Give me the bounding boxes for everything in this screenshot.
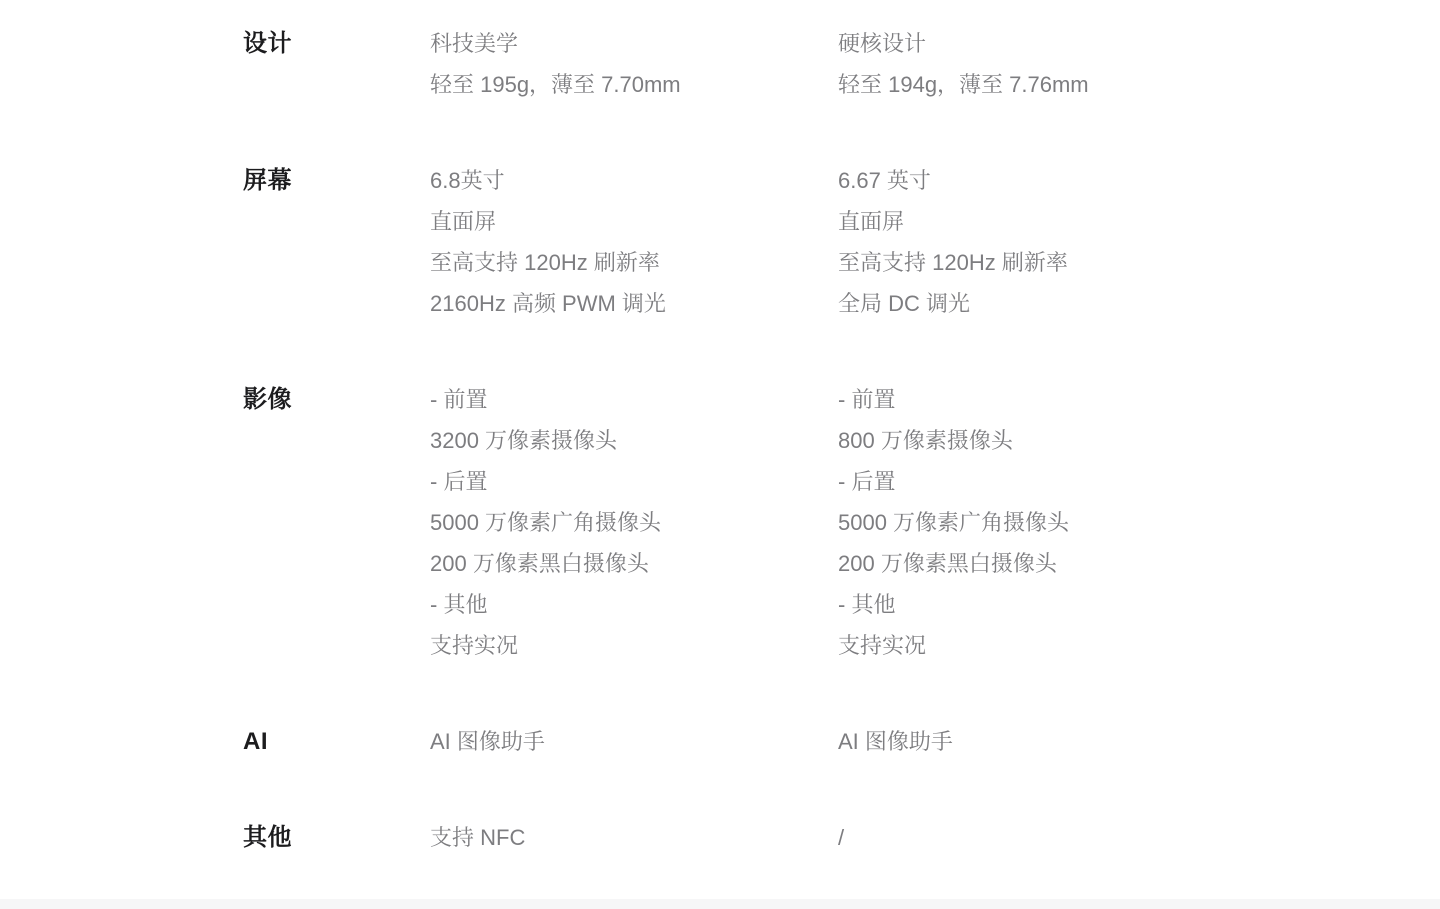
product-2-spec-values: 硬核设计轻至 194g，薄至 7.76mm [838, 23, 1440, 105]
spec-line: 6.67 英寸 [838, 160, 1440, 201]
spec-row: 其他 支持 NFC / [243, 817, 1440, 858]
product-1-spec-values: 6.8英寸直面屏至高支持 120Hz 刷新率2160Hz 高频 PWM 调光 [430, 160, 838, 324]
product-2-spec-values: AI 图像助手 [838, 721, 1440, 762]
spec-line: 科技美学 [430, 23, 838, 64]
spec-line: 轻至 195g，薄至 7.70mm [430, 64, 838, 105]
product-2-spec-values: - 前置800 万像素摄像头- 后置5000 万像素广角摄像头200 万像素黑白… [838, 379, 1440, 666]
spec-line: 至高支持 120Hz 刷新率 [838, 242, 1440, 283]
spec-line: 6.8英寸 [430, 160, 838, 201]
spec-row: 设计 科技美学轻至 195g，薄至 7.70mm 硬核设计轻至 194g，薄至 … [243, 23, 1440, 105]
bottom-separator-bar [0, 899, 1440, 909]
spec-line: 支持实况 [838, 625, 1440, 666]
spec-line: 5000 万像素广角摄像头 [838, 502, 1440, 543]
product-2-spec-values: 6.67 英寸直面屏至高支持 120Hz 刷新率全局 DC 调光 [838, 160, 1440, 324]
spec-line: 硬核设计 [838, 23, 1440, 64]
product-1-spec-values: 支持 NFC [430, 817, 838, 858]
product-2-spec-values: / [838, 817, 1440, 858]
product-1-spec-values: AI 图像助手 [430, 721, 838, 762]
spec-line: - 前置 [430, 379, 838, 420]
spec-comparison-table: 设计 科技美学轻至 195g，薄至 7.70mm 硬核设计轻至 194g，薄至 … [0, 0, 1440, 858]
spec-category-label: AI [243, 721, 430, 762]
spec-line: 支持实况 [430, 625, 838, 666]
spec-line: 200 万像素黑白摄像头 [430, 543, 838, 584]
spec-line: 支持 NFC [430, 817, 838, 858]
spec-line: / [838, 817, 1440, 858]
spec-line: 3200 万像素摄像头 [430, 420, 838, 461]
spec-line: 直面屏 [838, 201, 1440, 242]
spec-line: - 其他 [838, 584, 1440, 625]
spec-category-label: 屏幕 [243, 160, 430, 324]
spec-line: 800 万像素摄像头 [838, 420, 1440, 461]
product-1-spec-values: - 前置3200 万像素摄像头- 后置5000 万像素广角摄像头200 万像素黑… [430, 379, 838, 666]
spec-line: 5000 万像素广角摄像头 [430, 502, 838, 543]
spec-line: 至高支持 120Hz 刷新率 [430, 242, 838, 283]
spec-line: 轻至 194g，薄至 7.76mm [838, 64, 1440, 105]
spec-line: AI 图像助手 [838, 721, 1440, 762]
spec-line: - 前置 [838, 379, 1440, 420]
spec-line: - 后置 [838, 461, 1440, 502]
spec-row: AI AI 图像助手 AI 图像助手 [243, 721, 1440, 762]
spec-row: 屏幕 6.8英寸直面屏至高支持 120Hz 刷新率2160Hz 高频 PWM 调… [243, 160, 1440, 324]
spec-category-label: 影像 [243, 379, 430, 666]
spec-line: 全局 DC 调光 [838, 283, 1440, 324]
spec-line: 2160Hz 高频 PWM 调光 [430, 283, 838, 324]
spec-line: 直面屏 [430, 201, 838, 242]
spec-line: 200 万像素黑白摄像头 [838, 543, 1440, 584]
spec-line: AI 图像助手 [430, 721, 838, 762]
spec-category-label: 设计 [243, 23, 430, 105]
product-1-spec-values: 科技美学轻至 195g，薄至 7.70mm [430, 23, 838, 105]
spec-line: - 后置 [430, 461, 838, 502]
spec-category-label: 其他 [243, 817, 430, 858]
spec-line: - 其他 [430, 584, 838, 625]
spec-row: 影像 - 前置3200 万像素摄像头- 后置5000 万像素广角摄像头200 万… [243, 379, 1440, 666]
